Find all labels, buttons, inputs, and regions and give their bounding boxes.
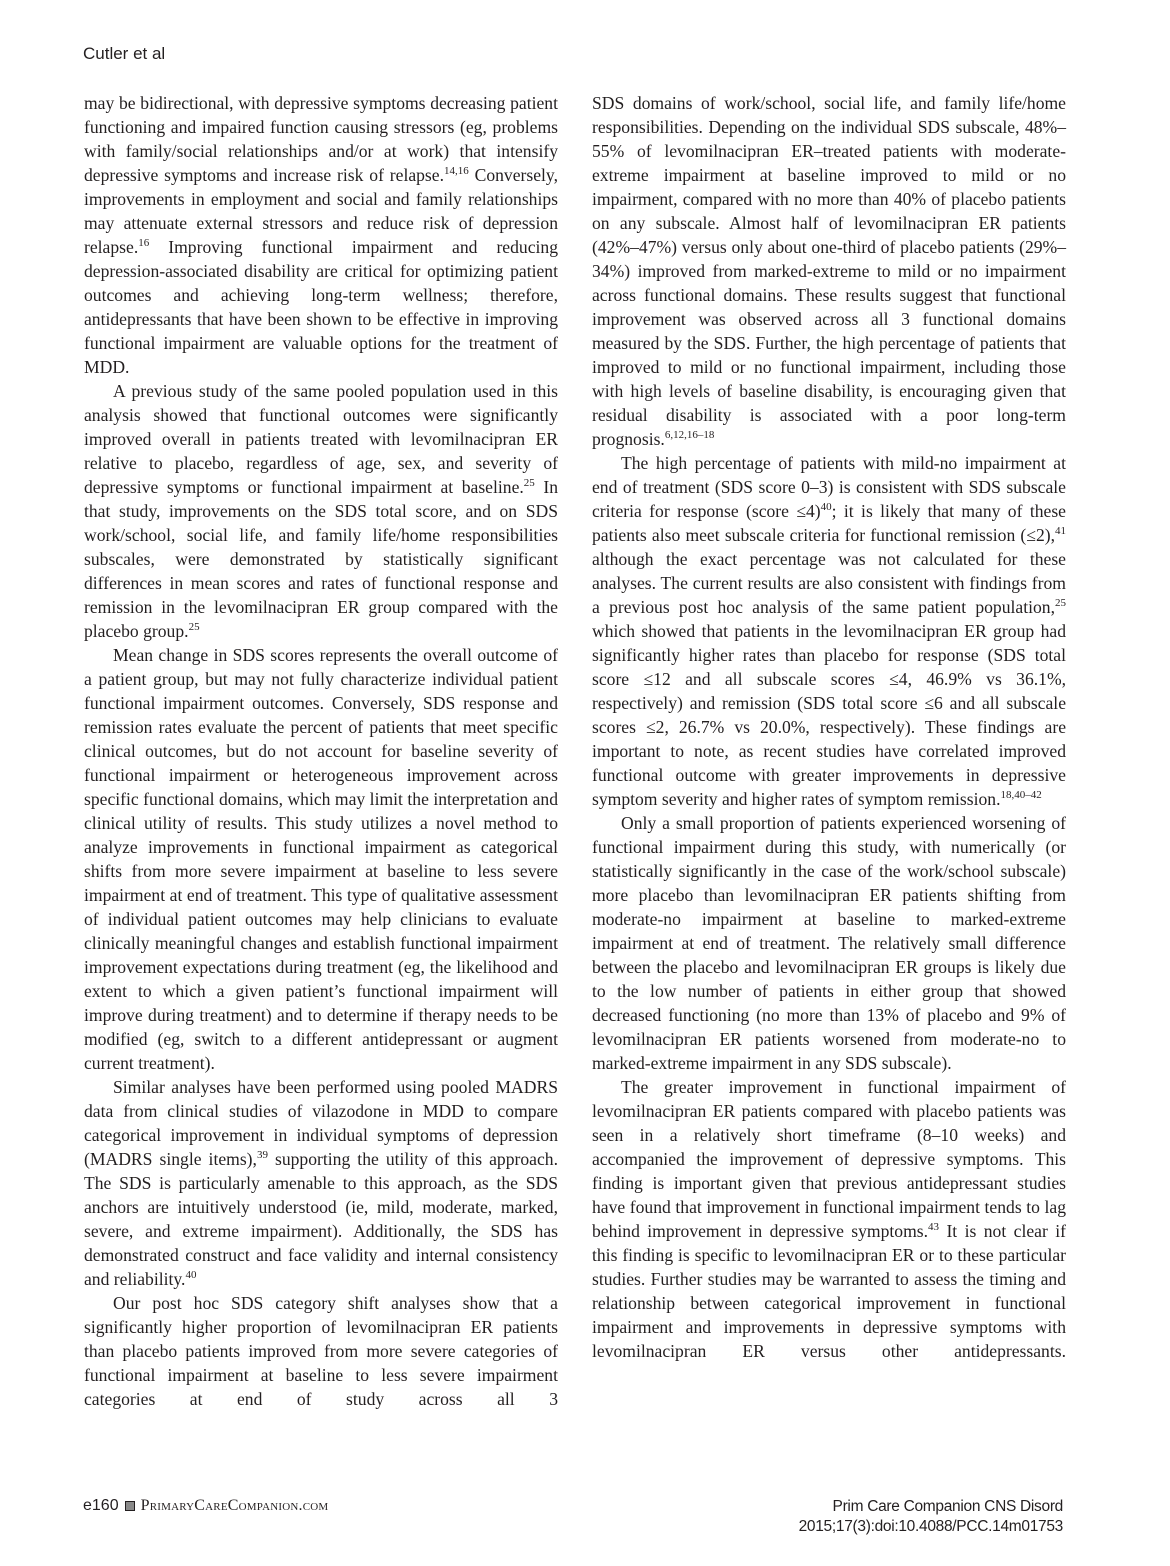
- square-bullet-icon: [125, 1501, 135, 1511]
- footer-left: e160 PrimaryCareCompanion.com: [83, 1497, 328, 1515]
- paragraph: Our post hoc SDS category shift analyses…: [84, 1291, 558, 1411]
- citation-ref: 14,16: [444, 165, 469, 177]
- citation-doi: 2015;17(3):doi:10.4088/PCC.14m01753: [799, 1517, 1063, 1537]
- paragraph: Mean change in SDS scores represents the…: [84, 643, 558, 1075]
- journal-site-link[interactable]: PrimaryCareCompanion.com: [141, 1497, 329, 1515]
- citation-ref: 25: [189, 621, 200, 633]
- citation-ref: 43: [928, 1221, 939, 1233]
- right-column: SDS domains of work/school, social life,…: [592, 91, 1066, 1363]
- footer-right: Prim Care Companion CNS Disord 2015;17(3…: [799, 1497, 1063, 1537]
- paragraph: The greater improvement in functional im…: [592, 1075, 1066, 1363]
- running-head: Cutler et al: [83, 44, 165, 64]
- paragraph: The high percentage of patients with mil…: [592, 451, 1066, 811]
- left-column: may be bidirectional, with depressive sy…: [84, 91, 558, 1411]
- citation-ref: 39: [257, 1149, 268, 1161]
- citation-ref: 41: [1055, 525, 1066, 537]
- citation-ref: 40: [821, 501, 832, 513]
- citation-ref: 25: [1055, 597, 1066, 609]
- paragraph: Only a small proportion of patients expe…: [592, 811, 1066, 1075]
- citation-ref: 40: [185, 1269, 196, 1281]
- paragraph: Similar analyses have been performed usi…: [84, 1075, 558, 1291]
- citation-ref: 16: [138, 237, 149, 249]
- paragraph: SDS domains of work/school, social life,…: [592, 91, 1066, 451]
- citation-ref: 18,40–42: [1001, 789, 1042, 801]
- citation-ref: 6,12,16–18: [665, 429, 715, 441]
- page-number: e160: [83, 1497, 119, 1515]
- paragraph: A previous study of the same pooled popu…: [84, 379, 558, 643]
- citation-ref: 25: [524, 477, 535, 489]
- paragraph: may be bidirectional, with depressive sy…: [84, 91, 558, 379]
- journal-name: Prim Care Companion CNS Disord: [799, 1497, 1063, 1517]
